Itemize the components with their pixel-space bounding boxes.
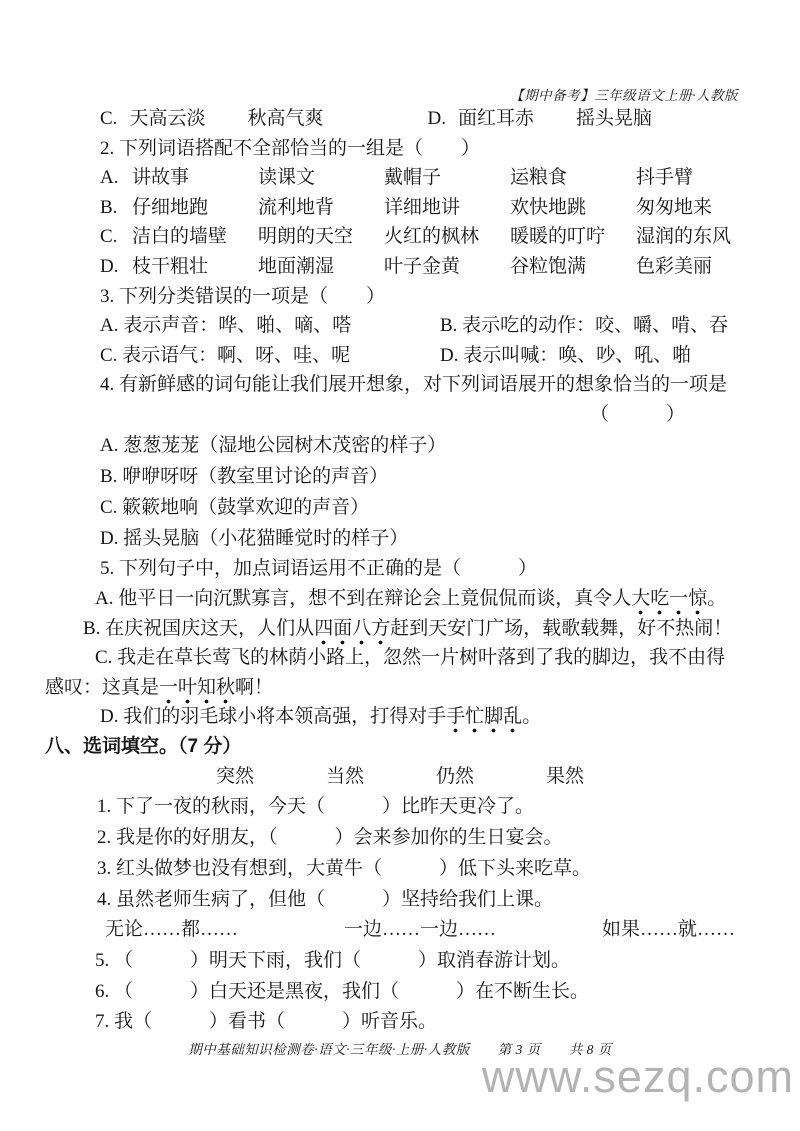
test-paper-page: 【期中备考】三年级语文上册·人教版 C. 天高云淡 秋高气爽 D. 面红耳赤 摇… (0, 0, 800, 1131)
option-word: 详细地讲 (384, 193, 510, 223)
q4-option-d: D. 摇头晃脑（小花猫睡觉时的样子） (45, 523, 755, 554)
paper-body: C. 天高云淡 秋高气爽 D. 面红耳赤 摇头晃脑 2. 下列词语搭配不全部恰当… (45, 104, 755, 1036)
bank-conjunction: 一边……一边…… (344, 915, 496, 945)
option-word: 明朗的天空 (258, 222, 384, 252)
emphasized-word: 四面八方 (314, 618, 390, 646)
option-word: 摇头晃脑 (576, 104, 652, 134)
q5-option-c-line2: 感叹：这真是一叶知秋啊！ (45, 673, 755, 703)
option-label: A. (100, 163, 132, 193)
fill-item-1: 1. 下了一夜的秋雨，今天（ ）比昨天更冷了。 (45, 791, 755, 822)
option-word: 枝干粗壮 (132, 252, 258, 282)
watermark: www.sezq.com (482, 1054, 794, 1099)
option-word: 欢快地跳 (510, 193, 636, 223)
bank-word: 当然 (326, 762, 364, 792)
option-word: 运粮食 (510, 163, 636, 193)
option-word: 仔细地跑 (132, 193, 258, 223)
q2-option-c: C. 洁白的墙壁 明朗的天空 火红的枫林 暖暖的叮咛 湿润的东风 (45, 222, 755, 252)
option-word: 匆匆地来 (636, 193, 712, 223)
q1-option-d: D. 面红耳赤 摇头晃脑 (428, 104, 756, 134)
option-word: 面红耳赤 (458, 104, 534, 134)
fill-item-5: 5. （ ）明天下雨，我们（ ）取消春游计划。 (45, 945, 755, 976)
q3-options-cd: C. 表示语气：啊、呀、哇、呢 D. 表示叫喊：唤、吵、吼、啪 (45, 341, 755, 371)
option-label: C. (100, 104, 117, 134)
bank-word: 果然 (546, 762, 584, 792)
fill-item-6: 6. （ ）白天还是黑夜，我们（ ）在不断生长。 (45, 976, 755, 1007)
section8-title: 八、选词填空。（7 分） (45, 732, 755, 762)
bank-word: 突然 (216, 762, 254, 792)
word-bank-2: 无论……都…… 一边……一边…… 如果……就…… (45, 915, 755, 945)
q3-stem: 3. 下列分类错误的一项是（ ） (45, 282, 755, 312)
option-word: 讲故事 (132, 163, 258, 193)
q3-option-a: A. 表示声音：哗、啪、嘀、嗒 (100, 311, 440, 341)
emphasized-word: 一叶知秋 (159, 677, 235, 705)
q3-option-c: C. 表示语气：啊、呀、哇、呢 (100, 341, 440, 371)
sentence-text: 感叹：这真是 (45, 677, 159, 698)
option-word: 秋高气爽 (247, 104, 323, 134)
emphasized-word: 大吃一惊 (631, 588, 707, 616)
option-word: 洁白的墙壁 (132, 222, 258, 252)
q3-option-b: B. 表示吃的动作：咬、嚼、啃、吞 (440, 311, 728, 341)
q1-option-c: C. 天高云淡 秋高气爽 (100, 104, 428, 134)
option-word: 湿润的东风 (636, 222, 731, 252)
emphasized-word: 手忙脚乱 (446, 706, 522, 734)
sentence-text: A. 他平日一向沉默寡言，想不到在辩论会上竟侃侃而谈，真令人 (95, 588, 631, 609)
q1-options-row: C. 天高云淡 秋高气爽 D. 面红耳赤 摇头晃脑 (45, 104, 755, 134)
q4-stem: 4. 有新鲜感的词句能让我们展开想象，对下列词语展开的想象恰当的一项是 (45, 370, 755, 400)
q3-option-d: D. 表示叫喊：唤、吵、吼、啪 (440, 341, 691, 371)
fill-item-4: 4. 虽然老师生病了，但他（ ）坚持给我们上课。 (45, 884, 755, 915)
q4-answer-bracket: （ ） (45, 400, 755, 430)
option-word: 火红的枫林 (384, 222, 510, 252)
q4-option-c: C. 簌簌地响（鼓掌欢迎的声音） (45, 492, 755, 523)
option-word: 色彩美丽 (636, 252, 712, 282)
option-label: C. (100, 222, 132, 252)
q5-option-c-line1: C. 我走在草长莺飞的林荫小路上，忽然一片树叶落到了我的脚边，我不由得 (45, 643, 755, 673)
q5-option-b: B. 在庆祝国庆这天，人们从四面八方赶到天安门广场，载歌载舞，好不热闹！ (45, 614, 755, 644)
option-word: 流利地背 (258, 193, 384, 223)
q2-stem: 2. 下列词语搭配不全部恰当的一组是（ ） (45, 134, 755, 164)
q2-option-a: A. 讲故事 读课文 戴帽子 运粮食 抖手臂 (45, 163, 755, 193)
option-word: 叶子金黄 (384, 252, 510, 282)
sentence-text: 。 (707, 588, 726, 609)
q2-option-b: B. 仔细地跑 流利地背 详细地讲 欢快地跳 匆匆地来 (45, 193, 755, 223)
sentence-text: 。 (522, 706, 541, 727)
bank-conjunction: 无论……都…… (105, 915, 238, 945)
word-bank-1: 突然 当然 仍然 果然 (45, 762, 755, 792)
option-word: 天高云淡 (129, 104, 205, 134)
q5-option-d: D. 我们的羽毛球小将本领高强，打得对手手忙脚乱。 (45, 702, 755, 732)
q5-stem: 5. 下列句子中，加点词语运用不正确的是（ ） (45, 554, 755, 584)
option-label: D. (428, 104, 446, 134)
q2-option-d: D. 枝干粗壮 地面潮湿 叶子金黄 谷粒饱满 色彩美丽 (45, 252, 755, 282)
q4-option-b: B. 咿咿呀呀（教室里讨论的声音） (45, 461, 755, 492)
option-word: 戴帽子 (384, 163, 510, 193)
option-label: D. (100, 252, 132, 282)
q4-option-a: A. 葱葱茏茏（湿地公园树木茂密的样子） (45, 430, 755, 461)
sentence-text: 啊！ (235, 677, 273, 698)
sentence-text: B. 在庆祝国庆这天，人们从 (83, 618, 314, 639)
fill-item-3: 3. 红头做梦也没有想到，大黄牛（ ）低下头来吃草。 (45, 853, 755, 884)
option-word: 读课文 (258, 163, 384, 193)
sentence-text: 赶到天安门广场，载歌载舞，好不热闹！ (390, 618, 732, 639)
option-word: 地面潮湿 (258, 252, 384, 282)
option-word: 谷粒饱满 (510, 252, 636, 282)
sentence-text: D. 我们的羽毛球小将本领高强，打得对手 (100, 706, 446, 727)
fill-item-2: 2. 我是你的好朋友，（ ）会来参加你的生日宴会。 (45, 822, 755, 853)
option-word: 暖暖的叮咛 (510, 222, 636, 252)
q3-options-ab: A. 表示声音：哗、啪、嘀、嗒 B. 表示吃的动作：咬、嚼、啃、吞 (45, 311, 755, 341)
q5-option-a: A. 他平日一向沉默寡言，想不到在辩论会上竟侃侃而谈，真令人大吃一惊。 (45, 584, 755, 614)
option-label: B. (100, 193, 132, 223)
bank-conjunction: 如果……就…… (602, 915, 735, 945)
bank-word: 仍然 (436, 762, 474, 792)
header-brand: 【期中备考】三年级语文上册·人教版 (510, 84, 738, 104)
option-word: 抖手臂 (636, 163, 693, 193)
fill-item-7: 7. 我（ ）看书（ ）听音乐。 (45, 1007, 755, 1037)
